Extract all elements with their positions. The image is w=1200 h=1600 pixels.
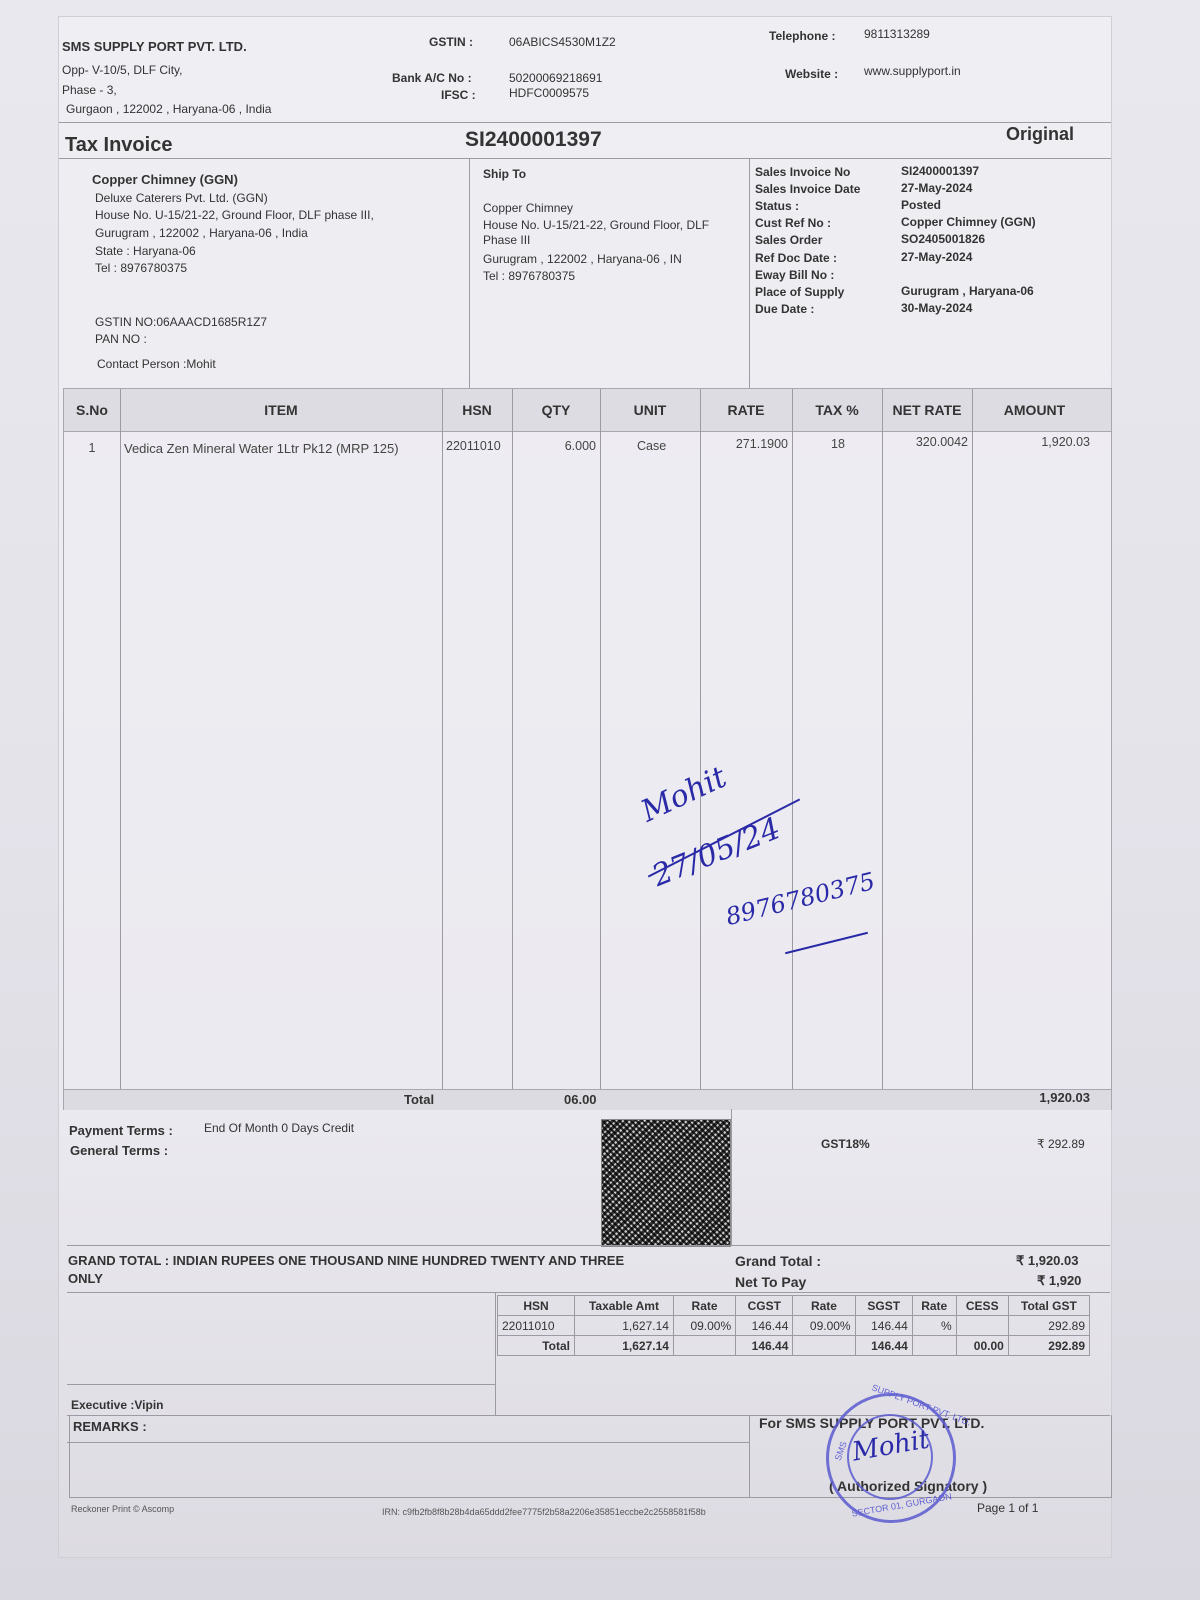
general-terms-label: General Terms : (70, 1143, 168, 1158)
bill-to-line: House No. U-15/21-22, Ground Floor, DLF … (95, 208, 374, 222)
gst-cell (673, 1336, 735, 1356)
bill-to-gstin: GSTIN NO:06AAACD1685R1Z7 (95, 315, 267, 329)
row-amount: 1,920.03 (972, 435, 1090, 449)
gst-cell: 292.89 (1008, 1316, 1089, 1336)
gst-cell: CESS (956, 1296, 1008, 1316)
bill-to-line: Gurugram , 122002 , Haryana-06 , India (95, 226, 308, 240)
invoice-page: SMS SUPPLY PORT PVT. LTD. Opp- V-10/5, D… (58, 16, 1112, 1558)
bill-to-line: State : Haryana-06 (95, 244, 196, 258)
gst-cell: HSN (498, 1296, 575, 1316)
copy-type: Original (1006, 124, 1074, 145)
meta-value: SO2405001826 (901, 232, 985, 246)
meta-label: Sales Invoice Date (755, 182, 860, 196)
payment-terms-value: End Of Month 0 Days Credit (204, 1121, 354, 1135)
row-rate: 271.1900 (700, 437, 788, 451)
bill-to-line: Tel : 8976780375 (95, 261, 187, 275)
ship-to-label: Ship To (483, 167, 526, 181)
col-unit: UNIT (600, 389, 700, 431)
gst-cell (912, 1336, 956, 1356)
gst-cell: Rate (912, 1296, 956, 1316)
company-address-1: Opp- V-10/5, DLF City, (62, 63, 183, 77)
gst-cell: 1,627.14 (575, 1316, 674, 1336)
company-address-2: Phase - 3, (62, 83, 117, 97)
gst-cell: Total GST (1008, 1296, 1089, 1316)
meta-value: 27-May-2024 (901, 181, 972, 195)
gst-cell (793, 1336, 855, 1356)
total-label: Total (404, 1092, 434, 1107)
company-name: SMS SUPPLY PORT PVT. LTD. (62, 39, 247, 54)
row-unit: Case (637, 439, 666, 453)
gst-cell: 22011010 (498, 1316, 575, 1336)
total-amount: 1,920.03 (972, 1090, 1090, 1105)
meta-label: Status : (755, 199, 799, 213)
gst-cell: 00.00 (956, 1336, 1008, 1356)
gst-cell: 09.00% (673, 1316, 735, 1336)
amount-in-words-cont: ONLY (68, 1271, 103, 1286)
col-net-rate: NET RATE (882, 389, 972, 431)
row-item: Vedica Zen Mineral Water 1Ltr Pk12 (MRP … (124, 441, 399, 456)
grand-total-value: ₹ 1,920.03 (1016, 1253, 1079, 1269)
executive-name: Executive :Vipin (71, 1398, 163, 1412)
col-qty: QTY (512, 389, 600, 431)
amount-in-words: GRAND TOTAL : INDIAN RUPEES ONE THOUSAND… (68, 1253, 624, 1268)
row-hsn: 22011010 (446, 439, 501, 453)
ifsc-code: HDFC0009575 (509, 86, 589, 100)
gst-cell (956, 1316, 1008, 1336)
col-sno: S.No (64, 389, 120, 431)
gst-cell: 146.44 (736, 1336, 793, 1356)
company-gstin: 06ABICS4530M1Z2 (509, 35, 616, 49)
gst-cell: Total (498, 1336, 575, 1356)
irn-number: IRN: c9fb2fb8f8b28b4da65ddd2fee7775f2b58… (382, 1507, 706, 1517)
col-item: ITEM (120, 389, 442, 431)
gst-cell: SGST (855, 1296, 912, 1316)
gst-cell: Rate (793, 1296, 855, 1316)
gst-summary-table: HSNTaxable AmtRateCGSTRateSGSTRateCESSTo… (497, 1295, 1090, 1356)
meta-value: Gurugram , Haryana-06 (901, 284, 1034, 298)
row-tax: 18 (831, 437, 845, 451)
meta-label: Due Date : (755, 302, 814, 316)
meta-label: Eway Bill No : (755, 268, 834, 282)
gst-cell: 146.44 (736, 1316, 793, 1336)
company-address-3: Gurgaon , 122002 , Haryana-06 , India (66, 102, 271, 116)
document-title: Tax Invoice (65, 134, 172, 157)
meta-value: SI2400001397 (901, 164, 979, 178)
website-label: Website : (785, 67, 838, 81)
gstin-label: GSTIN : (429, 35, 473, 49)
row-sno: 1 (64, 441, 120, 455)
gst-cell: 146.44 (855, 1336, 912, 1356)
row-net-rate: 320.0042 (882, 435, 968, 449)
col-hsn: HSN (442, 389, 512, 431)
telephone-label: Telephone : (769, 29, 835, 43)
items-table: S.No ITEM HSN QTY UNIT RATE TAX % NET RA… (63, 388, 1112, 1110)
gst-cell: 09.00% (793, 1316, 855, 1336)
page-number: Page 1 of 1 (977, 1501, 1038, 1515)
gst-cell: 1,627.14 (575, 1336, 674, 1356)
bill-to-name: Copper Chimney (GGN) (92, 172, 238, 187)
meta-label: Sales Invoice No (755, 165, 850, 179)
bill-to-pan: PAN NO : (95, 332, 147, 346)
bill-to-line: Deluxe Caterers Pvt. Ltd. (GGN) (95, 191, 268, 205)
meta-value: Posted (901, 198, 941, 212)
qr-code (601, 1119, 731, 1247)
meta-label: Cust Ref No : (755, 216, 831, 230)
gst-cell: 292.89 (1008, 1336, 1089, 1356)
col-tax: TAX % (792, 389, 882, 431)
gst-cell: 146.44 (855, 1316, 912, 1336)
grand-total-label: Grand Total : (735, 1253, 821, 1269)
net-to-pay-value: ₹ 1,920 (1037, 1273, 1081, 1289)
ship-to-line: Tel : 8976780375 (483, 269, 575, 283)
meta-label: Place of Supply (755, 285, 844, 299)
website-link[interactable]: www.supplyport.in (864, 64, 961, 78)
meta-label: Sales Order (755, 233, 822, 247)
bank-label: Bank A/C No : (392, 71, 472, 85)
totals-row: Total 06.00 1,920.03 (64, 1089, 1111, 1110)
gst-label: GST18% (821, 1137, 870, 1151)
payment-terms-label: Payment Terms : (69, 1123, 173, 1138)
software-credit: Reckoner Print © Ascomp (71, 1504, 174, 1514)
ship-to-line: House No. U-15/21-22, Ground Floor, DLF (483, 218, 709, 232)
gst-cell: CGST (736, 1296, 793, 1316)
gst-cell: % (912, 1316, 956, 1336)
ship-to-line: Gurugram , 122002 , Haryana-06 , IN (483, 252, 682, 266)
row-qty: 6.000 (512, 439, 596, 453)
meta-value: 30-May-2024 (901, 301, 972, 315)
col-rate: RATE (700, 389, 792, 431)
meta-value: 27-May-2024 (901, 250, 972, 264)
gst-value: ₹ 292.89 (1037, 1137, 1085, 1151)
invoice-number-title: SI2400001397 (465, 128, 602, 152)
meta-value: Copper Chimney (GGN) (901, 215, 1036, 229)
ship-to-line: Phase III (483, 233, 530, 247)
ship-to-line: Copper Chimney (483, 201, 573, 215)
total-qty: 06.00 (564, 1092, 597, 1107)
telephone-value: 9811313289 (864, 27, 930, 41)
net-to-pay-label: Net To Pay (735, 1274, 806, 1290)
meta-label: Ref Doc Date : (755, 251, 837, 265)
gst-cell: Taxable Amt (575, 1296, 674, 1316)
col-amount: AMOUNT (972, 389, 1097, 431)
bank-account: 50200069218691 (509, 71, 602, 85)
gst-cell: Rate (673, 1296, 735, 1316)
ifsc-label: IFSC : (441, 88, 476, 102)
contact-person: Contact Person :Mohit (97, 357, 216, 371)
